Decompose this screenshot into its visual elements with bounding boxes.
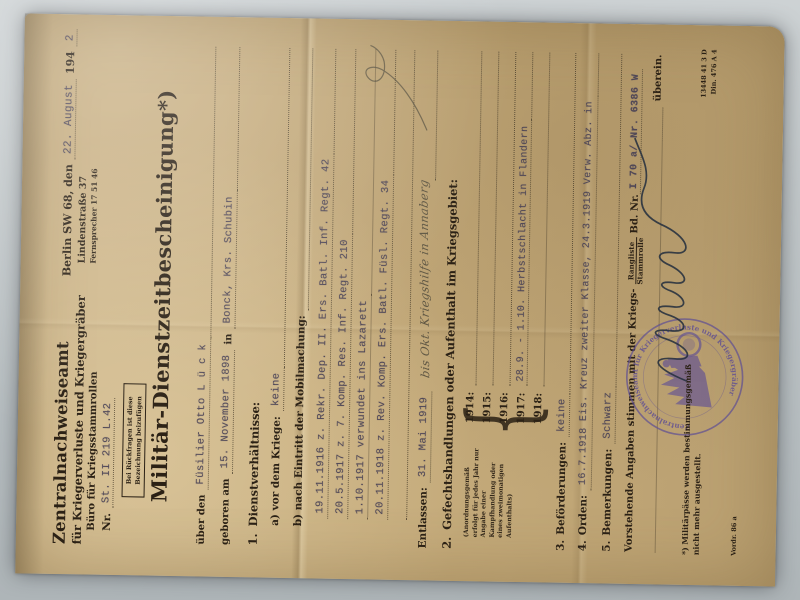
office-name: Zentralnachweiseamt bbox=[50, 322, 73, 544]
section1a-row: a) vor dem Kriege: keine bbox=[268, 48, 290, 526]
document-paper: Zentralnachweiseamt für Kriegerverluste … bbox=[15, 13, 785, 586]
year-row-1916: 1916: bbox=[498, 52, 516, 424]
year-label: 1916: bbox=[498, 386, 510, 424]
section1a-value: keine bbox=[270, 368, 285, 412]
service-entry: 19.11.1916 z. Rekr. Dep. II. Ers. Batl. … bbox=[314, 153, 334, 518]
table-surface: Zentralnachweiseamt für Kriegerverluste … bbox=[0, 0, 800, 600]
in-label: in bbox=[223, 328, 236, 349]
year-row-1918: 1918: bbox=[532, 52, 550, 424]
reference-note-line2: Bezeichnung beizufügen bbox=[133, 387, 143, 493]
year-row-1914: 1914: bbox=[464, 51, 482, 423]
name-row: über den Füsilier Otto L ü c k bbox=[194, 47, 217, 545]
ruled-line bbox=[199, 47, 216, 339]
ueberein-label: überein. bbox=[652, 54, 664, 107]
year-label: 1918: bbox=[532, 387, 544, 425]
section2-note: (Anordnungsgemäß erfolgt für jedes Jahr … bbox=[463, 443, 516, 538]
service-entry: 1.10.1917 verwundet ins Lazarett bbox=[354, 295, 372, 520]
section1-number: 1. bbox=[246, 526, 260, 545]
year-typed: 2 bbox=[64, 29, 77, 46]
year-row-1917: 1917: 28.9. - 1.10. Herbstschlacht in Fl… bbox=[515, 52, 533, 424]
entlassen-value: 31. Mai 1919 bbox=[417, 392, 433, 483]
service-entry: 20.11.1918 z. Rev. Komp. Ers. Batl. Füsl… bbox=[374, 175, 394, 520]
section5-value: Schwarz bbox=[602, 387, 617, 444]
city-label: Berlin SW 68, den bbox=[60, 159, 75, 276]
section2-heading: 2. Gefechtshandlungen oder Aufenthalt im… bbox=[440, 51, 463, 549]
section5-label: Bemerkungen: bbox=[601, 444, 616, 536]
letterhead-date-block: Berlin SW 68, den 22. August 194 2 Linde… bbox=[60, 42, 101, 277]
pencil-flourish bbox=[355, 41, 435, 134]
section2-label: Gefechtshandlungen oder Aufenthalt im Kr… bbox=[440, 179, 460, 530]
service-entry: 20.5.1917 z. 7. Komp. Res. Inf. Regt. 21… bbox=[334, 234, 353, 519]
section1-heading: 1. Dienstverhältnisse: bbox=[246, 47, 269, 545]
ruled-line bbox=[559, 53, 577, 394]
section3-value: keine bbox=[556, 393, 571, 437]
year-row-1915: 1915: bbox=[481, 51, 499, 423]
ruled-line bbox=[226, 47, 241, 191]
born-date: 15. November 1898 bbox=[219, 349, 235, 473]
section4-number: 4. bbox=[577, 535, 590, 551]
year-value: 28.9. - 1.10. Herbstschlacht in Flandern bbox=[516, 120, 533, 386]
name-value: Füsilier Otto L ü c k bbox=[195, 339, 212, 490]
year-label: 1917: bbox=[516, 387, 528, 425]
ruled-line bbox=[323, 49, 337, 154]
letterhead-office-block: Zentralnachweiseamt für Kriegerverluste … bbox=[50, 322, 148, 546]
section1-label: Dienstverhältnisse: bbox=[246, 402, 262, 527]
year-printed: 194 bbox=[64, 46, 78, 79]
ueber-label: über den bbox=[195, 489, 208, 544]
reference-value: St. II 219 L.42 bbox=[100, 397, 115, 508]
reference-number-line: Nr. St. II 219 L.42 bbox=[100, 323, 117, 531]
section2-number: 2. bbox=[440, 530, 454, 549]
section3-label: Beförderungen: bbox=[555, 437, 570, 535]
form-number: Vordr. 86 a bbox=[730, 516, 739, 556]
section5-number: 5. bbox=[601, 536, 614, 552]
year-label: 1915: bbox=[481, 386, 493, 424]
printers-code: 13448 41 3 D Din. 476 A 4 bbox=[700, 49, 720, 98]
office-bureau: Büro für Kriegsstammrollen bbox=[86, 323, 101, 531]
ruled-line bbox=[273, 48, 291, 368]
year-label: 1914: bbox=[464, 386, 476, 424]
office-subtitle: für Kriegerverluste und Kriegergräber bbox=[70, 322, 88, 544]
reference-label: Nr. bbox=[101, 508, 113, 531]
service-entry-row: 20.5.1917 z. 7. Komp. Res. Inf. Regt. 21… bbox=[334, 49, 356, 519]
service-entry-row: 19.11.1916 z. Rekr. Dep. II. Ers. Batl. … bbox=[314, 49, 336, 519]
page-title: Militär-Dienstzeitbescheinigung*) bbox=[145, 16, 180, 576]
printers-code-line2: Din. 476 A 4 bbox=[709, 49, 720, 98]
pencil-annotation: bis Okt. Kriegshilfe in Annaberg bbox=[417, 178, 433, 379]
signature-scrawl bbox=[627, 124, 710, 387]
date-line: Berlin SW 68, den 22. August 194 2 bbox=[60, 42, 77, 276]
entlassen-label: Entlassen: bbox=[417, 482, 431, 549]
section4-label: Orden: bbox=[577, 490, 591, 535]
printers-code-line1: 13448 41 3 D bbox=[700, 49, 711, 98]
ruled-line bbox=[521, 52, 534, 121]
paper-edge-shade bbox=[15, 13, 53, 573]
born-row: geboren am 15. November 1898 in Bonck, K… bbox=[218, 47, 241, 545]
section5-row: 5. Bemerkungen: Schwarz bbox=[600, 54, 623, 552]
reference-note-box: Bei Rückfragen ist diese Bezeichnung bei… bbox=[122, 383, 147, 497]
date-typed: 22. August bbox=[62, 79, 76, 159]
born-label: geboren am bbox=[219, 473, 233, 545]
footnote: *) Militärpässe werden bestimmungsgemäß … bbox=[680, 355, 706, 555]
document-rotation-wrapper: Zentralnachweiseamt für Kriegerverluste … bbox=[15, 13, 785, 586]
ruled-line bbox=[586, 53, 599, 96]
birthplace: Bonck, Krs. Schubin bbox=[221, 191, 238, 329]
section1a-label: a) vor dem Kriege: bbox=[269, 411, 284, 526]
ruled-line bbox=[341, 49, 356, 234]
section3-number: 3. bbox=[555, 535, 568, 551]
